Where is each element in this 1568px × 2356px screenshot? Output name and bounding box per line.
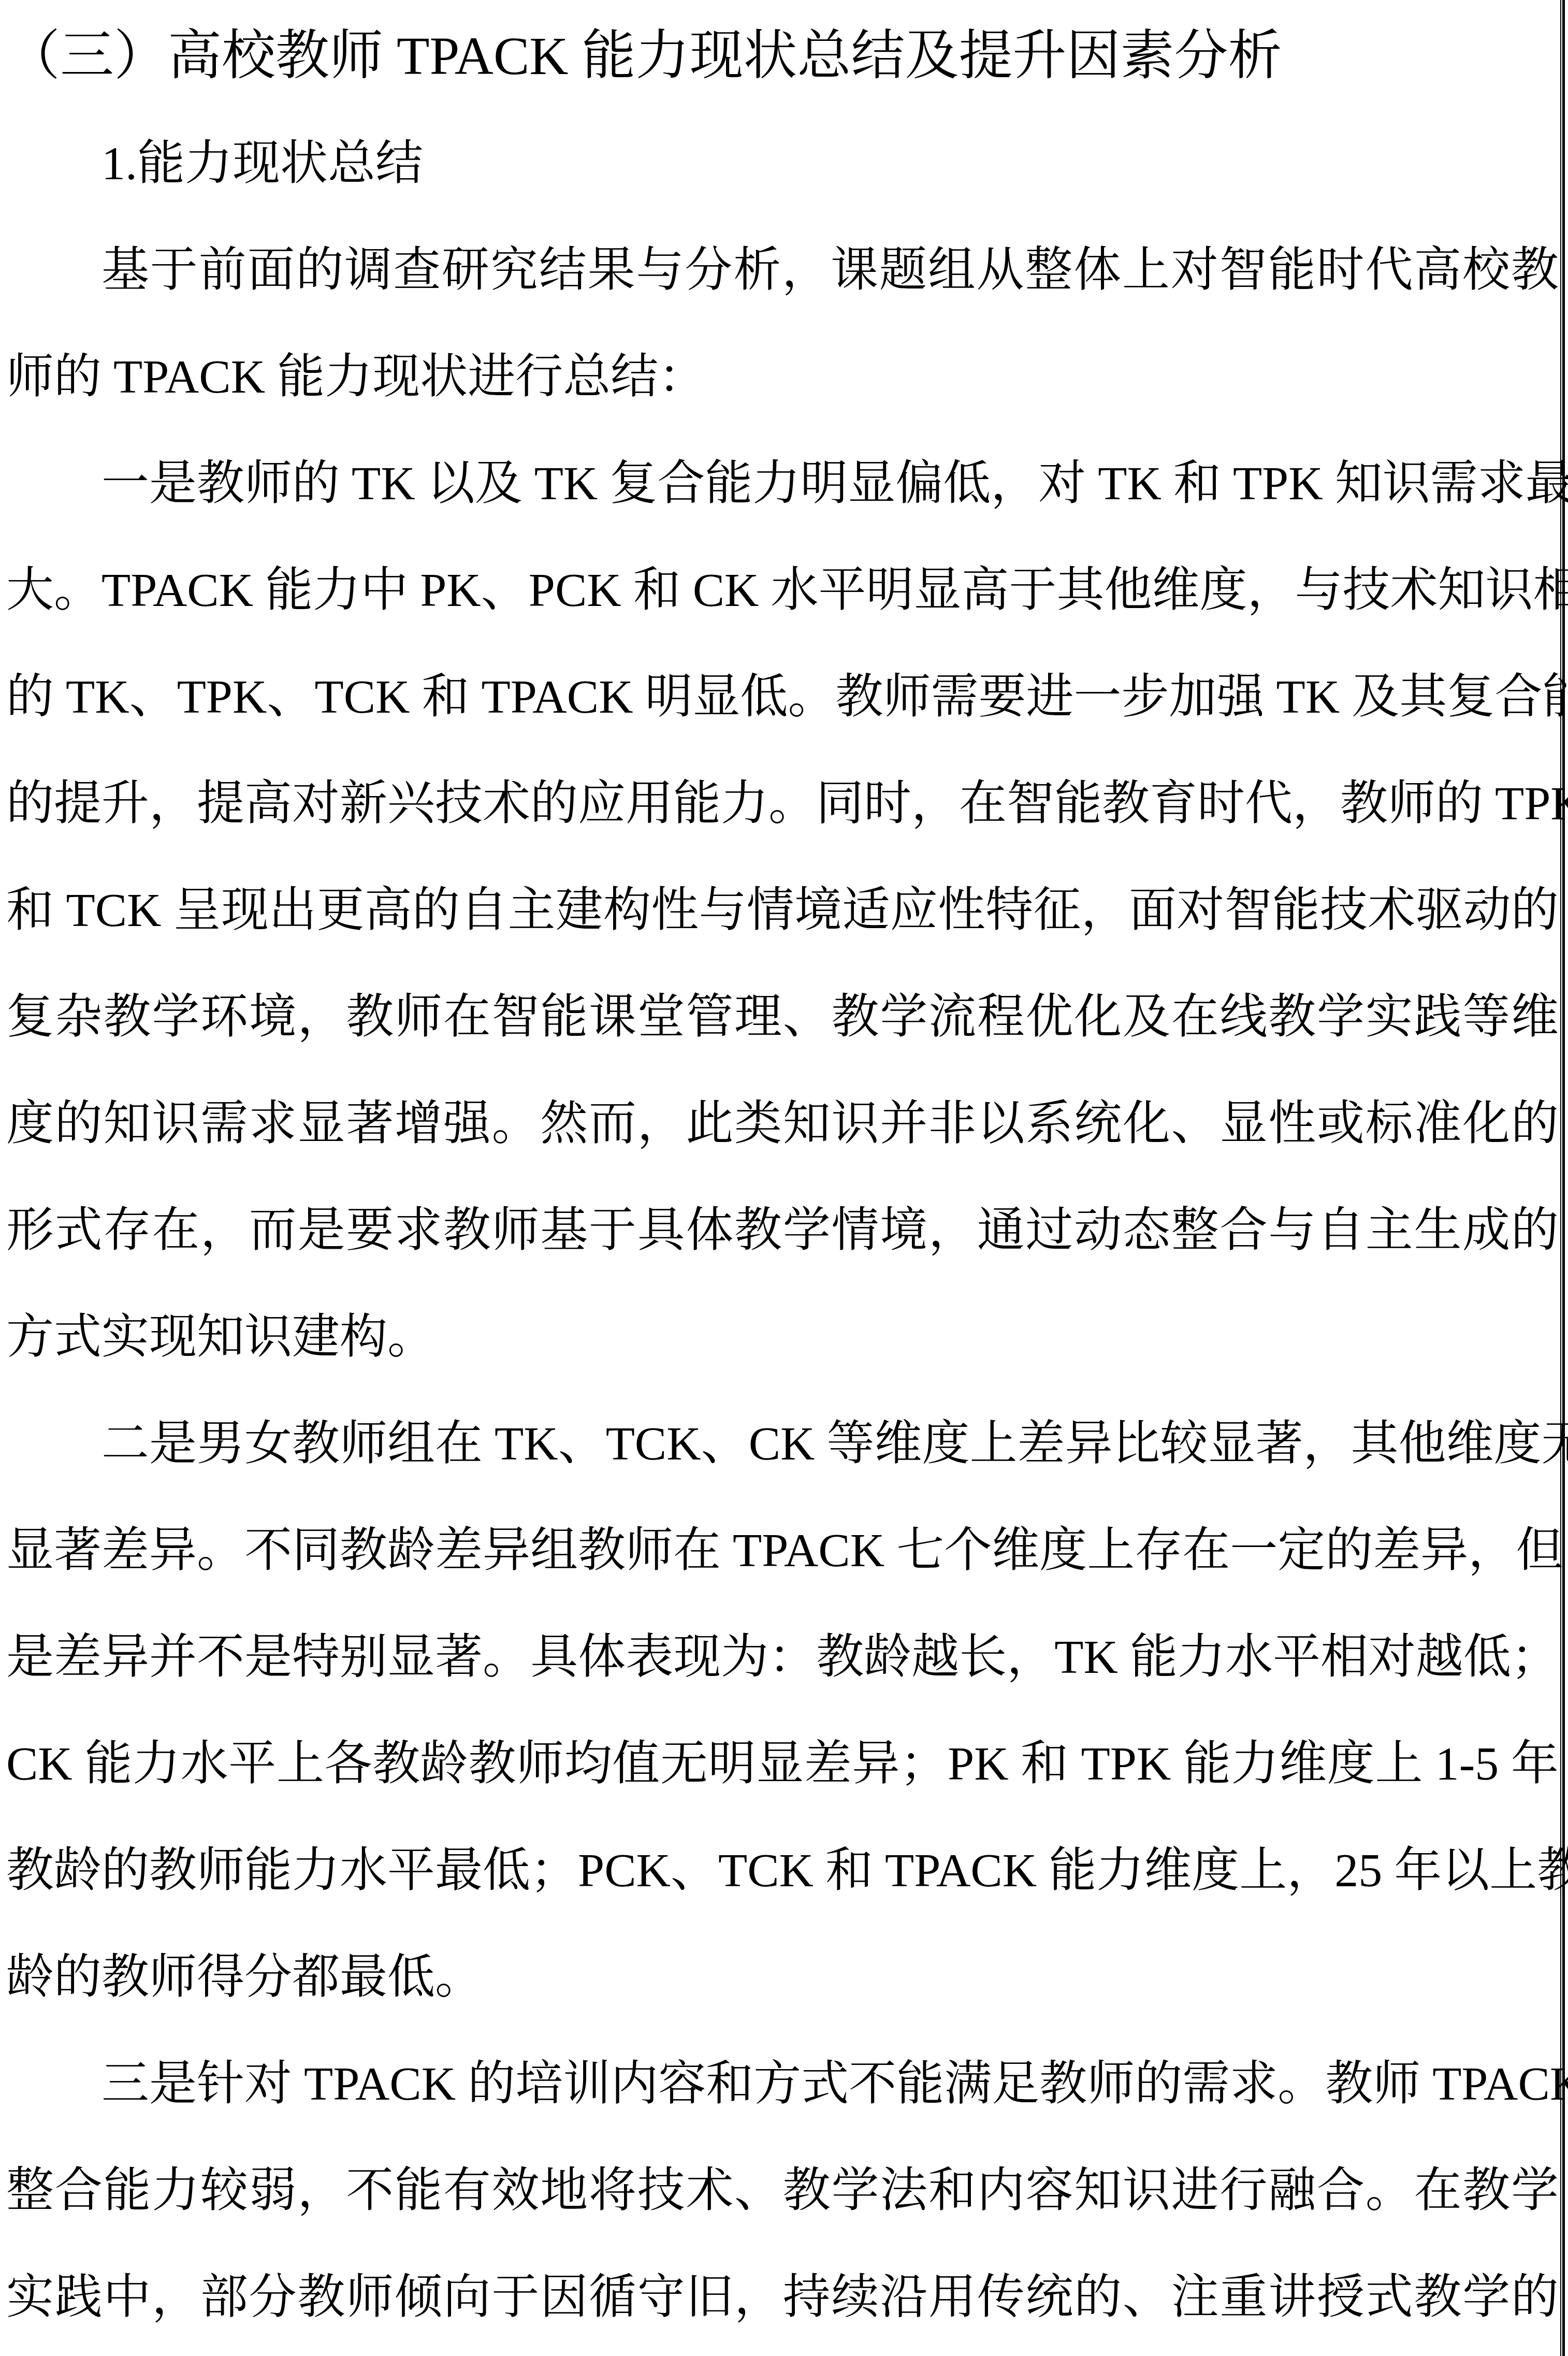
paragraph-point-1-line-1: 一是教师的 TK 以及 TK 复合能力明显偏低，对 TK 和 TPK 知识需求最 [6, 430, 1559, 537]
paragraph-point-1-line-8: 形式存在，而是要求教师基于具体教学情境，通过动态整合与自主生成的 [6, 1177, 1559, 1283]
document-text-block: （三）高校教师 TPACK 能力现状总结及提升因素分析1.能力现状总结基于前面的… [0, 0, 1568, 2350]
paragraph-intro-line-2: 师的 TPACK 能力现状进行总结： [6, 323, 1559, 430]
paragraph-point-2-line-1: 二是男女教师组在 TK、TCK、CK 等维度上差异比较显著，其他维度无 [6, 1390, 1559, 1497]
paragraph-point-1-line-2: 大。TPACK 能力中 PK、PCK 和 CK 水平明显高于其他维度，与技术知识… [6, 537, 1559, 643]
paragraph-point-1-line-3: 的 TK、TPK、TCK 和 TPACK 明显低。教师需要进一步加强 TK 及其… [6, 643, 1559, 750]
paragraph-intro-line-1: 基于前面的调查研究结果与分析，课题组从整体上对智能时代高校教 [6, 216, 1559, 323]
paragraph-point-1-line-6: 复杂教学环境，教师在智能课堂管理、教学流程优化及在线教学实践等维 [6, 963, 1559, 1070]
paragraph-point-1-line-4: 的提升，提高对新兴技术的应用能力。同时，在智能教育时代，教师的 TPK [6, 750, 1559, 857]
paragraph-point-1-line-9: 方式实现知识建构。 [6, 1283, 1559, 1390]
paragraph-point-1-line-7: 度的知识需求显著增强。然而，此类知识并非以系统化、显性或标准化的 [6, 1070, 1559, 1177]
paragraph-point-3-line-3: 实践中，部分教师倾向于因循守旧，持续沿用传统的、注重讲授式教学的 [6, 2244, 1559, 2350]
paragraph-point-3-line-1: 三是针对 TPACK 的培训内容和方式不能满足教师的需求。教师 TPACK [6, 2030, 1559, 2137]
page-right-edge-line-outer [1562, 0, 1565, 2356]
paragraph-point-2-line-2: 显著差异。不同教龄差异组教师在 TPACK 七个维度上存在一定的差异，但 [6, 1497, 1559, 1603]
paragraph-point-2-line-3: 是差异并不是特别显著。具体表现为：教龄越长，TK 能力水平相对越低； [6, 1603, 1559, 1710]
paragraph-point-1-line-5: 和 TCK 呈现出更高的自主建构性与情境适应性特征，面对智能技术驱动的 [6, 857, 1559, 963]
subsection-heading-line-1: 1.能力现状总结 [6, 110, 1559, 216]
paragraph-point-2-line-5: 教龄的教师能力水平最低；PCK、TCK 和 TPACK 能力维度上，25 年以上… [6, 1817, 1559, 1924]
paragraph-point-2-line-6: 龄的教师得分都最低。 [6, 1924, 1559, 2030]
document-page: （三）高校教师 TPACK 能力现状总结及提升因素分析1.能力现状总结基于前面的… [0, 0, 1568, 2356]
section-heading-line-1: （三）高校教师 TPACK 能力现状总结及提升因素分析 [6, 3, 1559, 110]
paragraph-point-3-line-2: 整合能力较弱，不能有效地将技术、教学法和内容知识进行融合。在教学 [6, 2137, 1559, 2244]
page-right-edge-line-inner [1560, 0, 1561, 2356]
paragraph-point-2-line-4: CK 能力水平上各教龄教师均值无明显差异；PK 和 TPK 能力维度上 1-5 … [6, 1710, 1559, 1817]
